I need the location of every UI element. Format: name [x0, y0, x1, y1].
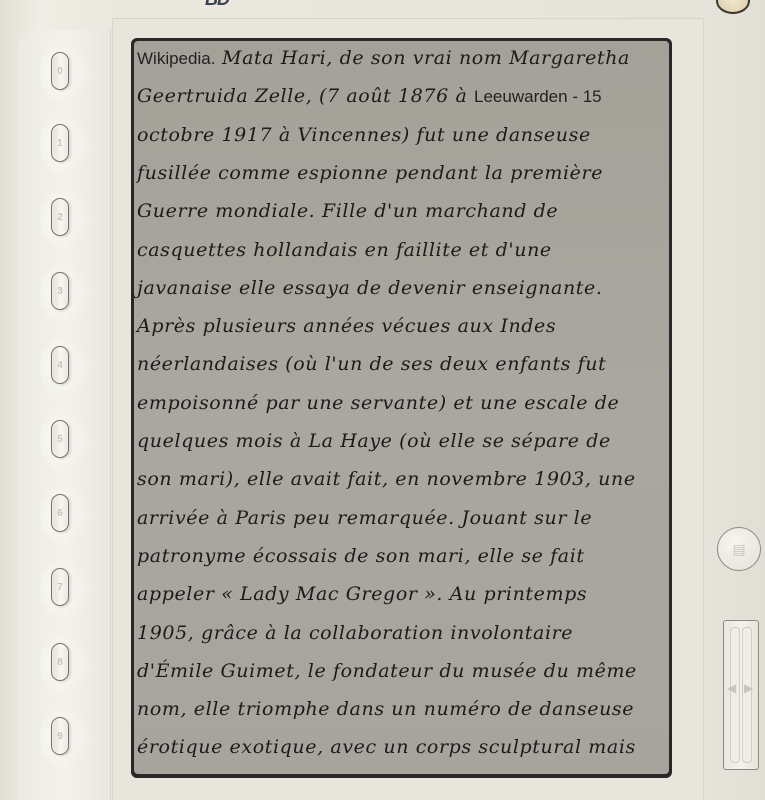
text-line: quelques mois à La Haye (où elle se sépa… [137, 430, 611, 452]
text-line: 1905, grâce à la collaboration involonta… [137, 622, 573, 644]
brand-logo: BD [205, 0, 265, 6]
line-text: fusillée comme espionne pendant la premi… [137, 162, 603, 184]
numeric-key-1[interactable]: 1 [51, 124, 69, 162]
line-text: érotique exotique, avec un corps sculptu… [137, 736, 636, 758]
line-text: d'Émile Guimet, le fondateur du musée du… [137, 660, 637, 682]
source-label: Wikipedia. [137, 49, 215, 68]
text-line: Geertruida Zelle, (7 août 1876 à Leeuwar… [137, 85, 602, 107]
numeric-key-5[interactable]: 5 [51, 420, 69, 458]
numeric-key-8[interactable]: 8 [51, 643, 69, 681]
line-text: Geertruida Zelle, (7 août 1876 à [137, 85, 474, 107]
rocker-groove-left [730, 627, 740, 763]
eink-screen: Wikipedia. Mata Hari, de son vrai nom Ma… [134, 41, 669, 774]
line-text-plain: Leeuwarden - 15 [474, 87, 602, 106]
numeric-key-4[interactable]: 4 [51, 346, 69, 384]
chevron-right-icon[interactable]: ▶ [744, 681, 753, 695]
text-line: son mari), elle avait fait, en novembre … [137, 468, 636, 490]
line-text: quelques mois à La Haye (où elle se sépa… [137, 430, 611, 452]
numeric-key-9[interactable]: 9 [51, 717, 69, 755]
line-text: nom, elle triomphe dans un numéro de dan… [137, 698, 634, 720]
line-text: octobre 1917 à Vincennes) fut une danseu… [137, 124, 591, 146]
text-line: d'Émile Guimet, le fondateur du musée du… [137, 660, 637, 682]
line-text: son mari), elle avait fait, en novembre … [137, 468, 636, 490]
numeric-key-0[interactable]: 0 [51, 52, 69, 90]
rocker-groove-right [742, 627, 752, 763]
chevron-left-icon[interactable]: ◀ [727, 681, 736, 695]
ereader-device: BD 0123456789 Wikipedia. Mata Hari, de s… [0, 0, 765, 800]
line-text: casquettes hollandais en faillite et d'u… [137, 239, 552, 261]
text-line: javanaise elle essaya de devenir enseign… [137, 277, 603, 299]
menu-icon: ▤ [732, 541, 745, 558]
numeric-key-2[interactable]: 2 [51, 198, 69, 236]
text-line: Guerre mondiale. Fille d'un marchand de [137, 200, 558, 222]
line-text: 1905, grâce à la collaboration involonta… [137, 622, 573, 644]
line-text: javanaise elle essaya de devenir enseign… [137, 277, 603, 299]
text-line: appeler « Lady Mac Gregor ». Au printemp… [137, 583, 587, 605]
text-line: octobre 1917 à Vincennes) fut une danseu… [137, 124, 591, 146]
line-text: Mata Hari, de son vrai nom Margaretha [215, 47, 630, 69]
numeric-key-7[interactable]: 7 [51, 568, 69, 606]
numeric-key-6[interactable]: 6 [51, 494, 69, 532]
numeric-key-3[interactable]: 3 [51, 272, 69, 310]
power-button[interactable] [716, 0, 750, 14]
text-line: Wikipedia. Mata Hari, de son vrai nom Ma… [137, 47, 630, 69]
menu-button[interactable]: ▤ [717, 527, 761, 571]
text-line: néerlandaises (où l'un de ses deux enfan… [137, 353, 606, 375]
text-line: casquettes hollandais en faillite et d'u… [137, 239, 552, 261]
text-line: patronyme écossais de son mari, elle se … [137, 545, 585, 567]
line-text: empoisonné par une servante) et une esca… [137, 392, 619, 414]
text-line: arrivée à Paris peu remarquée. Jouant su… [137, 507, 592, 529]
text-line: nom, elle triomphe dans un numéro de dan… [137, 698, 634, 720]
text-line: Après plusieurs années vécues aux Indes [137, 315, 556, 337]
text-line: empoisonné par une servante) et une esca… [137, 392, 619, 414]
text-line: fusillée comme espionne pendant la premi… [137, 162, 603, 184]
line-text: appeler « Lady Mac Gregor ». Au printemp… [137, 583, 587, 605]
line-text: patronyme écossais de son mari, elle se … [137, 545, 585, 567]
line-text: néerlandaises (où l'un de ses deux enfan… [137, 353, 606, 375]
line-text: Après plusieurs années vécues aux Indes [137, 315, 556, 337]
text-line: érotique exotique, avec un corps sculptu… [137, 736, 636, 758]
line-text: Guerre mondiale. Fille d'un marchand de [137, 200, 558, 222]
line-text: arrivée à Paris peu remarquée. Jouant su… [137, 507, 592, 529]
page-turn-rocker[interactable]: ◀ ▶ [723, 620, 759, 770]
